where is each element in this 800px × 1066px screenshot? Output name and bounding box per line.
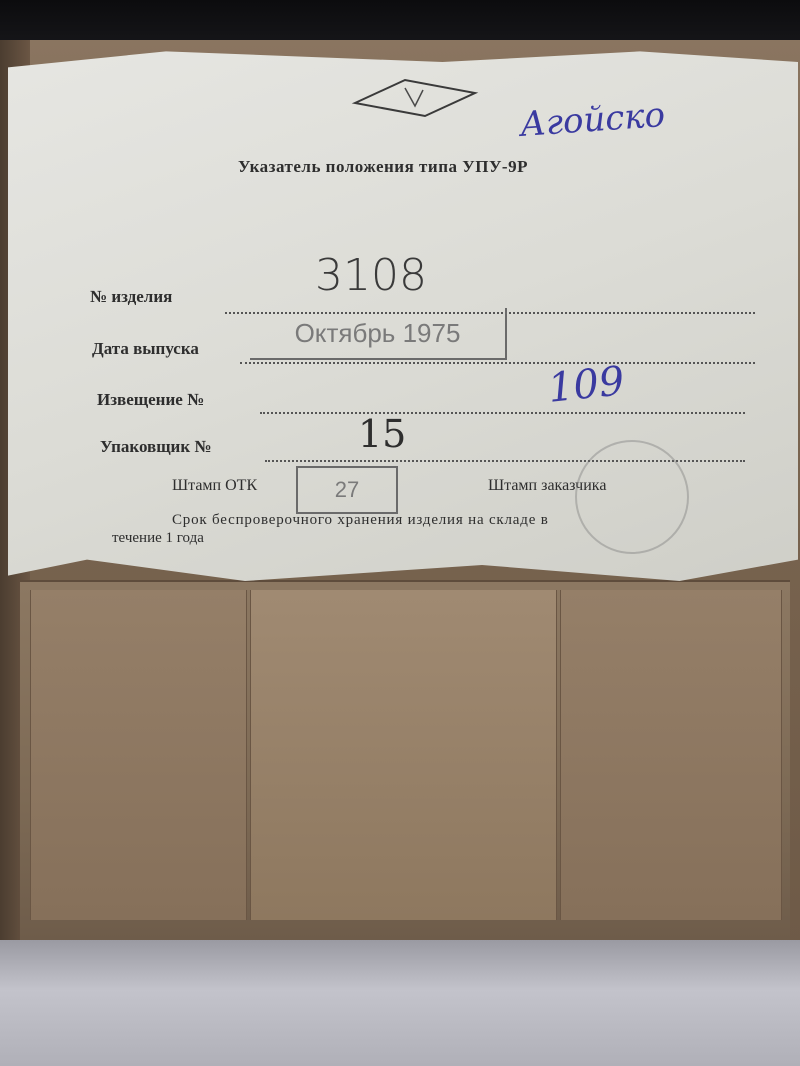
field-value-product-number: 3108 (315, 250, 427, 301)
stamp-otk-label: Штамп ОТК (172, 477, 257, 495)
field-line (240, 362, 755, 364)
round-stamp-faded (575, 440, 689, 554)
field-label-packer-number: Упаковщик № (100, 437, 211, 457)
field-value-packer-number: 15 (358, 412, 406, 456)
box-panel-left (30, 590, 247, 920)
label-title: Указатель положения типа УПУ-9Р (238, 157, 528, 177)
storage-note-line2: течение 1 года (112, 530, 204, 547)
stamp-otk-value: 27 (296, 466, 398, 514)
shelf-surface (0, 940, 800, 1066)
field-line (260, 412, 745, 414)
field-label-release-date: Дата выпуска (92, 339, 199, 359)
storage-note-line1: Срок беспроверочного хранения изделия на… (172, 512, 549, 529)
field-value-notice-number: 109 (546, 358, 627, 412)
field-value-release-date-stamp: Октябрь 1975 (250, 308, 507, 360)
box-panel-right (560, 590, 782, 920)
field-label-product-number: № изделия (90, 287, 172, 307)
field-label-notice-number: Извещение № (97, 390, 204, 410)
box-tape-center (250, 590, 557, 920)
factory-logo-icon (345, 78, 485, 118)
